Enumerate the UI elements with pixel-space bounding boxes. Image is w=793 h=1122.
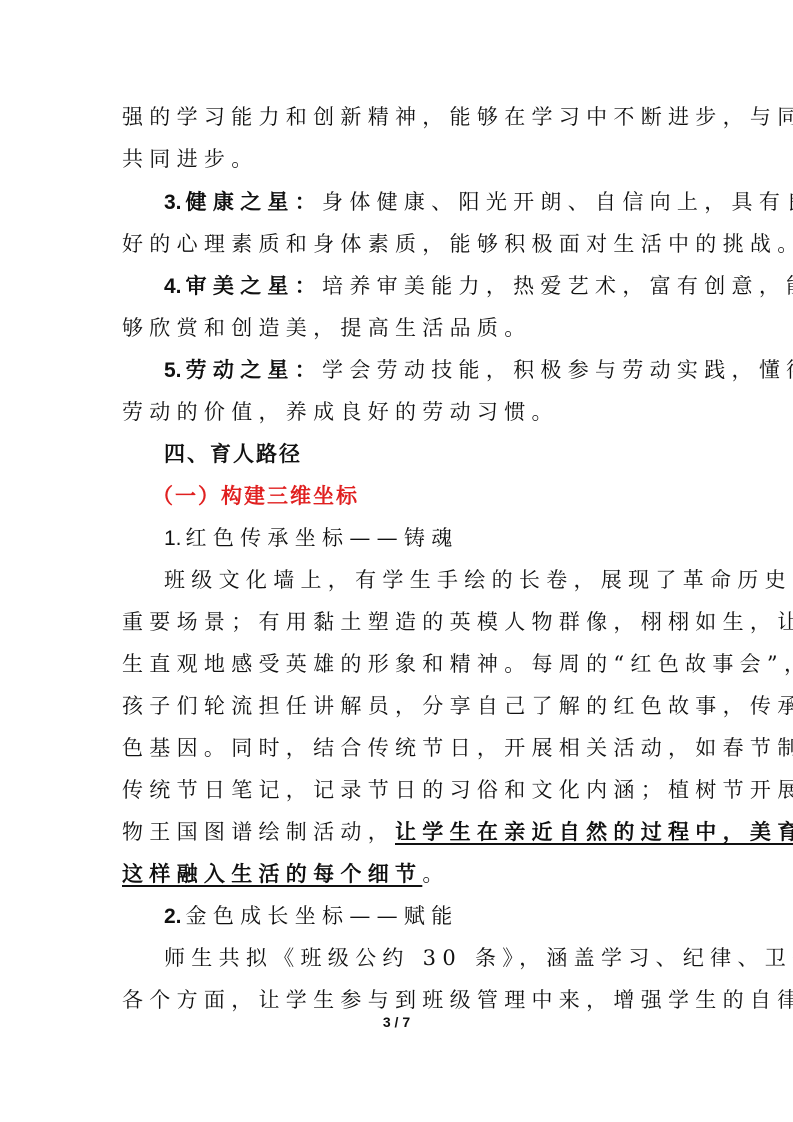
subsection-heading: （一）构建三维坐标 xyxy=(152,482,359,510)
star-item-aesthetic: 4.审美之星：培养审美能力，热爱艺术，富有创意，能 xyxy=(164,272,793,301)
paragraph-line: 师生共拟《班级公约 30 条》，涵盖学习、纪律、卫生等 xyxy=(164,944,793,972)
paragraph-line: 各个方面，让学生参与到班级管理中来，增强学生的自律意 xyxy=(122,986,793,1014)
paragraph-line: 强的学习能力和创新精神，能够在学习中不断进步，与同学 xyxy=(122,103,793,131)
underlined-emphasis: 让学生在亲近自然的过程中，美育就 xyxy=(395,819,793,844)
paragraph-line: 好的心理素质和身体素质，能够积极面对生活中的挑战。 xyxy=(122,230,793,258)
paragraph-line: 孩子们轮流担任讲解员，分享自己了解的红色故事，传承红 xyxy=(122,692,793,720)
paragraph-line: 生直观地感受英雄的形象和精神。每周的“红色故事会”， xyxy=(122,650,793,678)
item-number: 4. xyxy=(164,275,182,298)
paragraph-line: 这样融入生活的每个细节。 xyxy=(122,860,450,888)
paragraph-line: 色基因。同时，结合传统节日，开展相关活动，如春节制作 xyxy=(122,734,793,762)
plain-text: 物王国图谱绘制活动， xyxy=(122,820,395,844)
item-title: 健康之星： xyxy=(186,189,323,214)
paragraph-line: 物王国图谱绘制活动，让学生在亲近自然的过程中，美育就 xyxy=(122,818,793,846)
paragraph-line: 共同进步。 xyxy=(122,145,259,173)
item-number: 3. xyxy=(164,191,182,214)
item-title: 红色传承坐标——铸魂 xyxy=(186,526,459,550)
item-number: 1. xyxy=(164,527,182,550)
item-title: 审美之星： xyxy=(186,273,323,298)
item-title: 金色成长坐标——赋能 xyxy=(186,904,459,928)
item-text: 培养审美能力，热爱艺术，富有创意，能 xyxy=(322,274,793,298)
coordinate-heading-gold: 2.金色成长坐标——赋能 xyxy=(164,902,459,931)
paragraph-line: 够欣赏和创造美，提高生活品质。 xyxy=(122,314,532,342)
underlined-emphasis: 这样融入生活的每个细节 xyxy=(122,861,422,886)
paragraph-line: 传统节日笔记，记录节日的习俗和文化内涵；植树节开展植 xyxy=(122,776,793,804)
plain-text: 。 xyxy=(422,862,449,886)
star-item-health: 3.健康之星：身体健康、阳光开朗、自信向上，具有良 xyxy=(164,188,793,217)
section-heading: 四、育人路径 xyxy=(164,440,302,468)
star-item-labor: 5.劳动之星：学会劳动技能，积极参与劳动实践，懂得 xyxy=(164,356,793,385)
paragraph-line: 班级文化墙上，有学生手绘的长卷，展现了革命历史的 xyxy=(164,566,793,594)
item-number: 5. xyxy=(164,359,182,382)
coordinate-heading-red: 1.红色传承坐标——铸魂 xyxy=(164,524,459,553)
item-number: 2. xyxy=(164,905,182,928)
item-text: 学会劳动技能，积极参与劳动实践，懂得 xyxy=(322,358,793,382)
item-text: 身体健康、阳光开朗、自信向上，具有良 xyxy=(322,190,793,214)
paragraph-line: 重要场景；有用黏土塑造的英模人物群像，栩栩如生，让学 xyxy=(122,608,793,636)
paragraph-line: 劳动的价值，养成良好的劳动习惯。 xyxy=(122,398,559,426)
item-title: 劳动之星： xyxy=(186,357,323,382)
page-indicator: 3 / 7 xyxy=(0,1014,793,1030)
